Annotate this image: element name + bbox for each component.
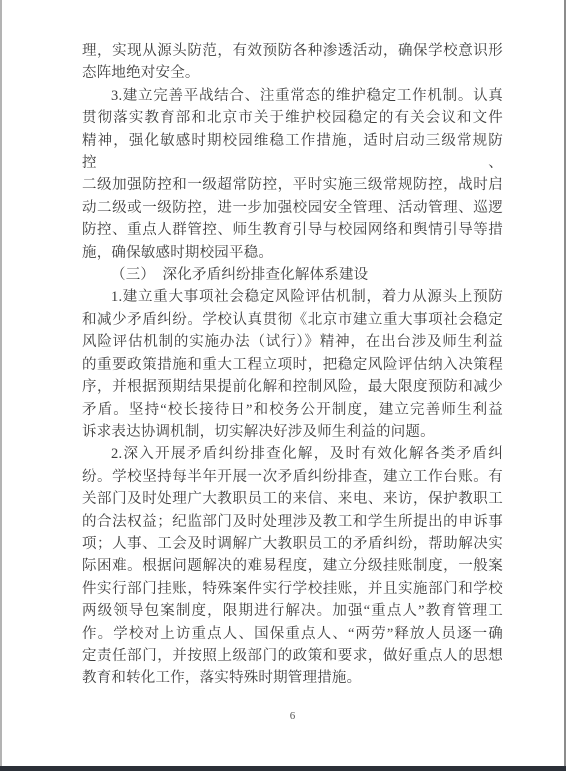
text-line: 矛盾。坚持“校长接待日”和校务公开制度，建立完善师生利益: [82, 399, 503, 421]
text-line: 态阵地绝对安全。: [82, 62, 503, 84]
text-line: 的合法权益；纪监部门及时处理涉及教工和学生所提出的申诉事: [82, 511, 503, 533]
text-line: 纷。学校坚持每半年开展一次矛盾纠纷排查，建立工作台账。有: [82, 466, 503, 488]
document-text-block: 理，实现从源头防范，有效预防各种渗透活动，确保学校意识形态阵地绝对安全。3.建立…: [82, 40, 503, 690]
text-line: 风险评估机制的实施办法（试行）》精神，在出台涉及师生利益: [82, 331, 503, 353]
viewer-bottom-bar: [0, 766, 566, 771]
text-line: 防控、重点人群管控、师生教育引导与校园网络和舆情引导等措: [82, 219, 503, 241]
text-line: 关部门及时处理广大教职员工的来信、来电、来访，保护教职工: [82, 488, 503, 510]
text-line: 件实行部门挂账，特殊案件实行学校挂账，并且实施部门和学校: [82, 578, 503, 600]
text-line: 两级领导包案制度，限期进行解决。加强“重点人”教育管理工: [82, 600, 503, 622]
text-line: 施，确保敏感时期校园平稳。: [82, 242, 503, 264]
text-line: 3.建立完善平战结合、注重常态的维护稳定工作机制。认真: [82, 85, 503, 107]
text-line: 作。学校对上访重点人、国保重点人、“两劳”释放人员逐一确: [82, 623, 503, 645]
text-line: 2.深入开展矛盾纠纷排查化解，及时有效化解各类矛盾纠: [82, 443, 503, 465]
text-line: 的重要政策措施和重大工程立项时，把稳定风险评估纳入决策程: [82, 354, 503, 376]
text-line: 二级加强防控和一级超常防控，平时实施三级常规防控，战时启: [82, 174, 503, 196]
text-line: 项；人事、工会及时调解广大教职员工的矛盾纠纷，帮助解决实: [82, 533, 503, 555]
text-line: 序，并根据预期结果提前化解和控制风险，最大限度预防和减少: [82, 376, 503, 398]
text-line: 理，实现从源头防范，有效预防各种渗透活动，确保学校意识形: [82, 40, 503, 62]
text-line: 贯彻落实教育部和北京市关于维护校园稳定的有关会议和文件: [82, 107, 503, 129]
text-line: 教育和转化工作，落实特殊时期管理措施。: [82, 667, 503, 689]
text-line: 定责任部门，并按照上级部门的政策和要求，做好重点人的思想: [82, 645, 503, 667]
text-line: 精神，强化敏感时期校园维稳工作措施，适时启动三级常规防控、: [82, 130, 503, 175]
text-line: 和减少矛盾纠纷。学校认真贯彻《北京市建立重大事项社会稳定: [82, 309, 503, 331]
text-line: （三） 深化矛盾纠纷排查化解体系建设: [82, 264, 503, 286]
text-line: 际困难。根据问题解决的难易程度，建立分级挂账制度，一般案: [82, 555, 503, 577]
page-number: 6: [82, 710, 503, 722]
text-line: 诉求表达协调机制，切实解决好涉及师生利益的问题。: [82, 421, 503, 443]
text-line: 1.建立重大事项社会稳定风险评估机制，着力从源头上预防: [82, 286, 503, 308]
page-left-edge: [0, 0, 2, 771]
text-line: 动二级或一级防控，进一步加强校园安全管理、活动管理、巡逻: [82, 197, 503, 219]
document-page: 理，实现从源头防范，有效预防各种渗透活动，确保学校意识形态阵地绝对安全。3.建立…: [0, 0, 566, 771]
